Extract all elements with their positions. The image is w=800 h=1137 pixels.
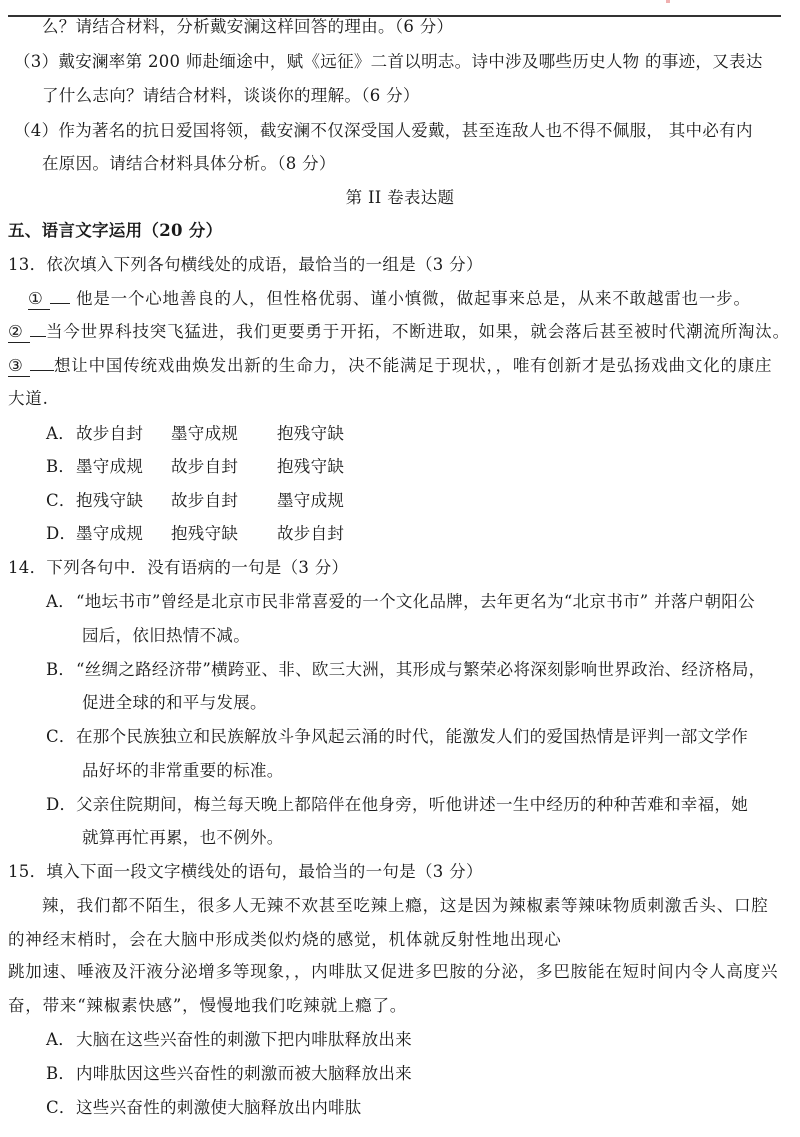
q15-paragraph-line3: 跳加速、唾液及汗液分泌增多等现象，，内啡肽又促进多巴胺的分泌，多巴胺能在短时间内… [8,962,778,982]
blank-1: ① [28,289,50,310]
blank-3: ③ [8,356,30,377]
blank-2: ② [8,322,30,343]
section-title: 第 II 卷表达题 [0,188,800,208]
q12-4-line1: （4）作为著名的抗日爱国将领，截安澜不仅深受国人爱戴，甚至连敌人也不得不佩服， … [14,121,753,141]
q13-option-b: B．墨守成规故步自封抱残守缺 [46,457,344,477]
q15-stem: 15．填入下面一段文字横线处的语句，最恰当的一句是（3 分） [8,862,483,882]
q12-3-line2: 了什么志向？请结合材料，谈谈你的理解。（6 分） [42,86,420,106]
red-mark [666,0,670,3]
q15-option-c: C．这些兴奋性的刺激使大脑释放出内啡肽 [46,1098,362,1118]
q15-paragraph-line1: 辣，我们都不陌生，很多人无辣不欢甚至吃辣上瘾，这是因为辣椒素等辣味物质刺激舌头、… [42,896,769,916]
part5-heading: 五、语言文字运用（20 分） [8,221,222,241]
q14-option-a: A．“地坛书市”曾经是北京市民非常喜爱的一个文化品牌，去年更名为“北京书市” 并… [46,592,755,612]
q13-sentence-3-cont: 大道. [8,389,49,409]
q12-3-line1: （3）戴安澜率第 200 师赴缅途中，赋《远征》二首以明志。诗中涉及哪些历史人物… [14,52,763,72]
q13-sentence-2: ②当今世界科技突飞猛进，我们更要勇于开拓，不断进取，如果，就会落后甚至被时代潮流… [8,322,790,343]
q14-stem: 14．下列各句中．没有语病的一句是（3 分） [8,558,348,578]
q14-option-c-cont: 品好坏的非常重要的标准。 [82,761,284,781]
q15-option-b: B．内啡肽因这些兴奋性的刺激而被大脑释放出来 [46,1064,412,1084]
q13-option-a: A．故步自封墨守成规抱残守缺 [46,424,344,444]
q15-paragraph-line4: 奋，带来“辣椒素快感”，慢慢地我们吃辣就上瘾了。 [8,996,407,1016]
q14-option-a-cont: 园后，依旧热情不减。 [82,626,250,646]
q14-option-d: D．父亲住院期间，梅兰每天晚上都陪伴在他身旁，听他讲述一生中经历的种种苦难和幸福… [46,795,748,815]
q14-option-b: B．“丝绸之路经济带”横跨亚、非、欧三大洲，其形成与繁荣必将深刻影响世界政治、经… [46,660,765,680]
q13-sentence-1: ① 他是一个心地善良的人，但性格优弱、谨小慎微，做起事来总是，从来不敢越雷也一步… [28,289,751,310]
q12-2-continuation: 么？请结合材料，分析戴安澜这样回答的理由。（6 分） [42,17,453,37]
q14-option-b-cont: 促进全球的和平与发展。 [82,693,267,713]
q12-4-line2: 在原因。请结合材料具体分析。（8 分） [42,154,336,174]
q14-option-c: C．在那个民族独立和民族解放斗争风起云涌的时代，能激发人们的爱国热情是评判一部文… [46,727,748,747]
q15-option-a: A．大脑在这些兴奋性的刺激下把内啡肽释放出来 [46,1030,412,1050]
q13-option-c: C．抱残守缺故步自封墨守成规 [46,491,344,511]
q14-option-d-cont: 就算再忙再累，也不例外。 [82,828,284,848]
q13-sentence-3: ③想让中国传统戏曲焕发出新的生命力，决不能满足于现状，，唯有创新才是弘扬戏曲文化… [8,356,772,377]
q13-stem: 13．依次填入下列各句横线处的成语，最恰当的一组是（3 分） [8,255,483,275]
q13-option-d: D．墨守成规抱残守缺故步自封 [46,524,344,544]
q15-paragraph-line2: 的神经末梢时，会在大脑中形成类似灼烧的感觉，机体就反射性地出现心 [8,930,562,950]
